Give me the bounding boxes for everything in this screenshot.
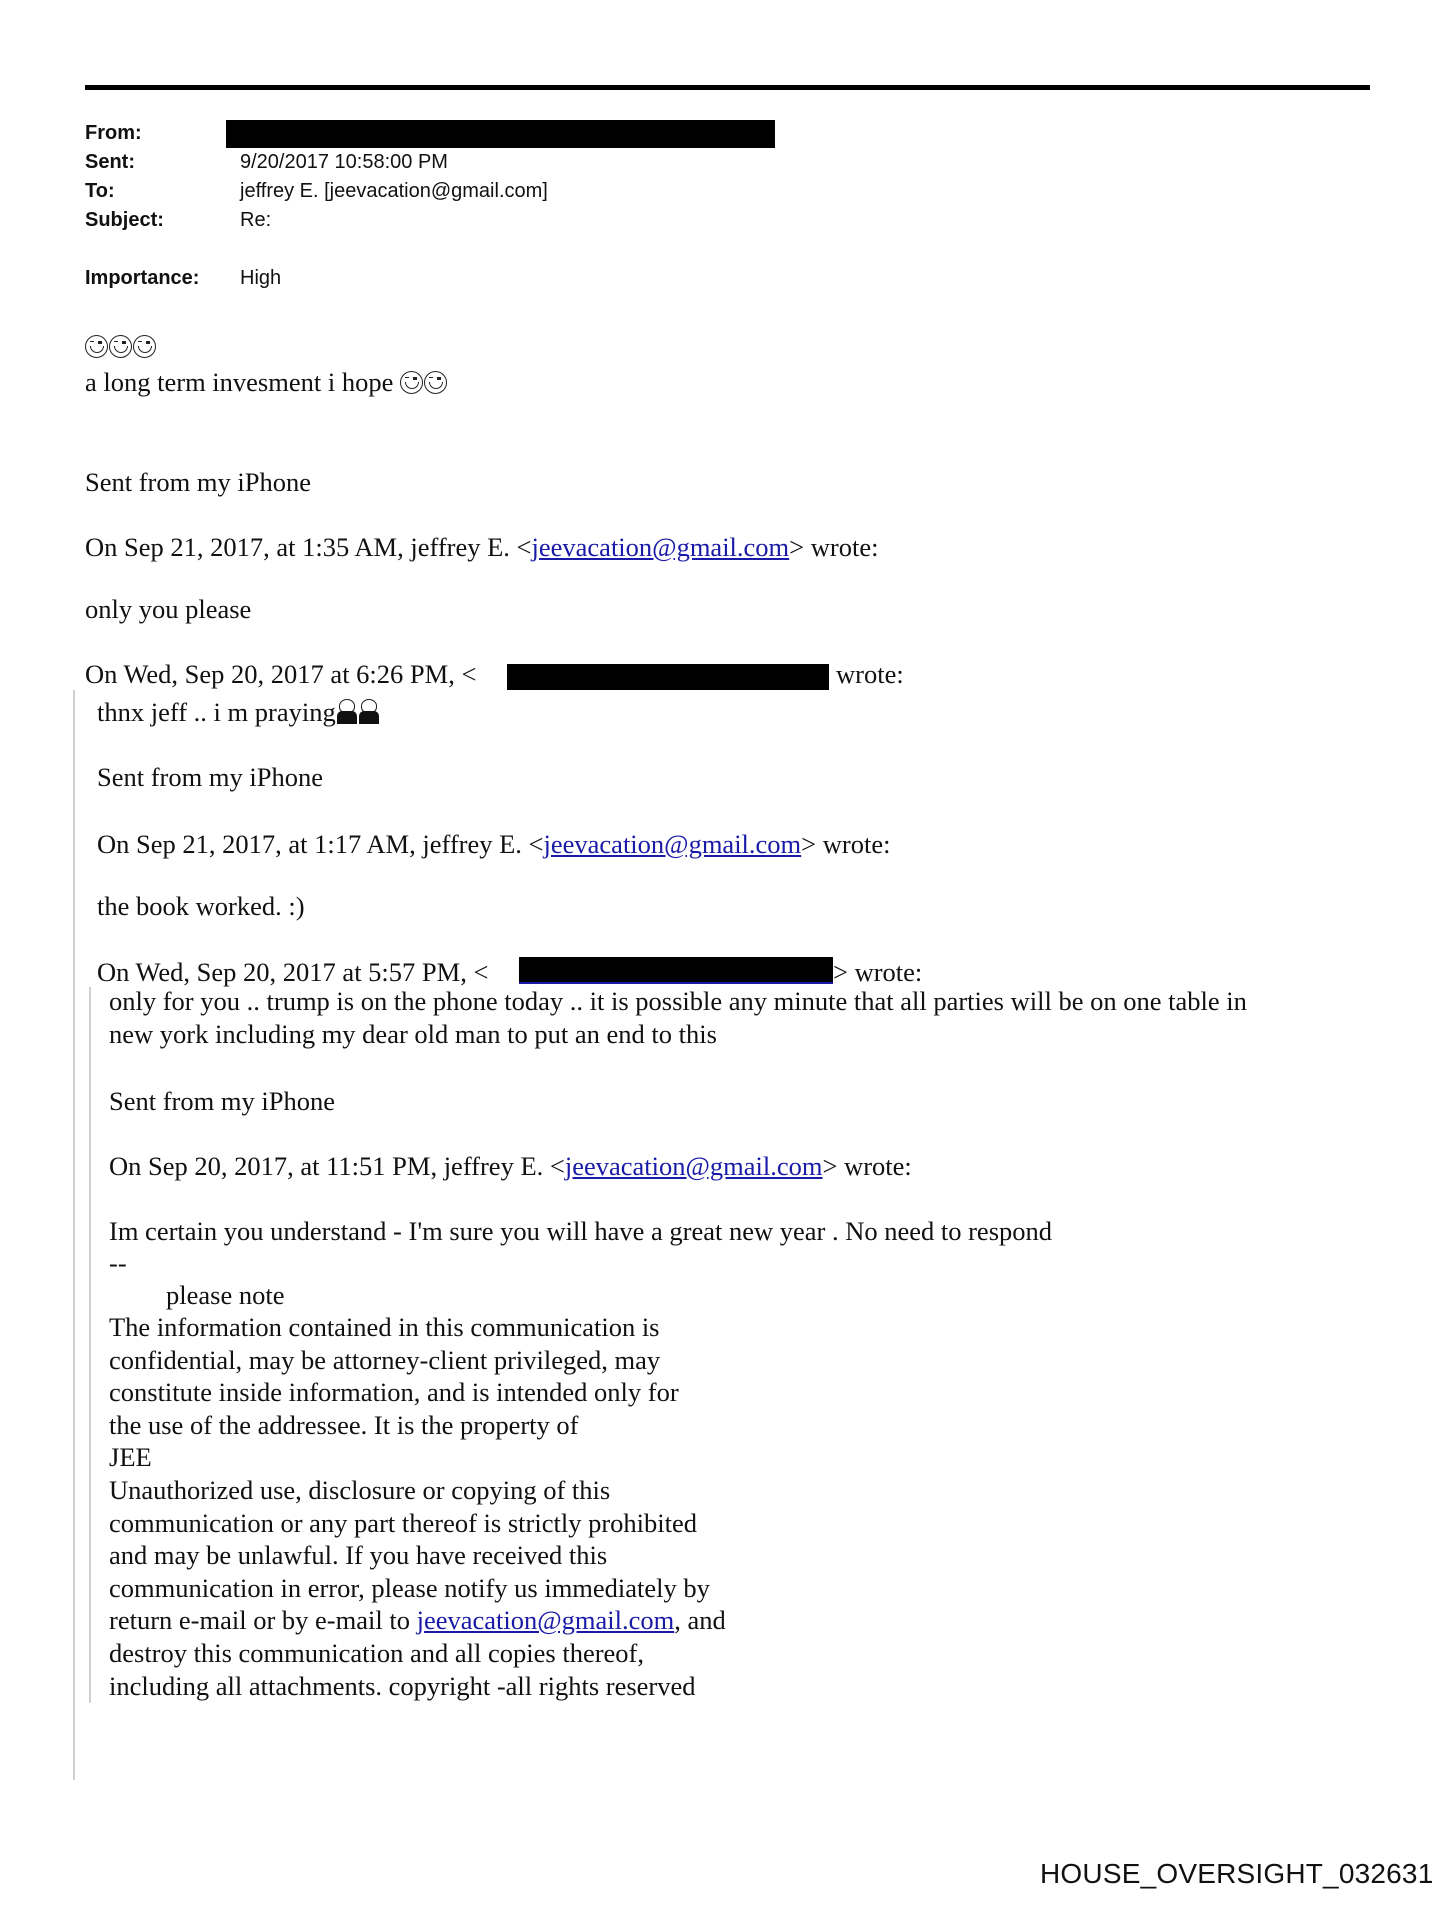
subject-value: Re:: [240, 208, 271, 232]
quote-header: On Sep 21, 2017, at 1:17 AM, jeffrey E. …: [97, 828, 890, 860]
sender-redaction: [519, 957, 833, 982]
tears-of-joy-icon: [400, 371, 423, 394]
from-redaction: [226, 120, 775, 148]
signature-note: please note: [166, 1279, 284, 1311]
disclaimer-line: confidential, may be attorney-client pri…: [109, 1344, 726, 1377]
from-label: From:: [85, 121, 142, 145]
redacted-link-underline: [519, 982, 833, 984]
disclaimer-line: Unauthorized use, disclosure or copying …: [109, 1474, 726, 1507]
quoted-message-line: new york including my dear old man to pu…: [109, 1018, 717, 1050]
to-label: To:: [85, 179, 115, 203]
quoted-message-line: only for you .. trump is on the phone to…: [109, 985, 1247, 1017]
disclaimer-line: communication or any part thereof is str…: [109, 1507, 726, 1540]
disclaimer-line: return e-mail or by e-mail to jeevacatio…: [109, 1604, 726, 1637]
signature-dash: --: [109, 1247, 127, 1279]
disclaimer: The information contained in this commun…: [109, 1311, 726, 1702]
disclaimer-line: the use of the addressee. It is the prop…: [109, 1409, 726, 1442]
quote-bar-inner: [89, 987, 91, 1703]
tears-of-joy-icon: [424, 371, 447, 394]
wrote-label: wrote:: [836, 658, 904, 690]
quote-header: On Wed, Sep 20, 2017 at 6:26 PM, <: [85, 658, 476, 690]
quote-header: On Wed, Sep 20, 2017 at 5:57 PM, <: [97, 956, 488, 988]
importance-label: Importance:: [85, 266, 199, 290]
quote-bar-outer: [73, 690, 75, 1780]
quoted-message: the book worked. :): [97, 890, 305, 922]
quoted-message: Im certain you understand - I'm sure you…: [109, 1215, 1052, 1247]
emoji-row: [85, 330, 157, 362]
sender-redaction: [507, 664, 829, 690]
sent-from-signature: Sent from my iPhone: [85, 466, 311, 498]
disclaimer-line: communication in error, please notify us…: [109, 1572, 726, 1605]
importance-value: High: [240, 266, 281, 290]
disclaimer-line: JEE: [109, 1441, 726, 1474]
to-value: jeffrey E. [jeevacation@gmail.com]: [240, 179, 548, 203]
see-no-evil-icon: [358, 699, 380, 725]
quoted-message: thnx jeff .. i m praying: [97, 696, 380, 728]
quoted-message: only you please: [85, 593, 251, 625]
sent-from-signature: Sent from my iPhone: [97, 761, 323, 793]
email-link[interactable]: jeevacation@gmail.com: [532, 532, 790, 562]
disclaimer-line: constitute inside information, and is in…: [109, 1376, 726, 1409]
sent-label: Sent:: [85, 150, 135, 174]
email-link[interactable]: jeevacation@gmail.com: [417, 1605, 675, 1635]
email-link[interactable]: jeevacation@gmail.com: [544, 829, 802, 859]
tears-of-joy-icon: [85, 335, 108, 358]
sent-from-signature: Sent from my iPhone: [109, 1085, 335, 1117]
tears-of-joy-icon: [133, 335, 156, 358]
disclaimer-line: including all attachments. copyright -al…: [109, 1670, 726, 1703]
sent-value: 9/20/2017 10:58:00 PM: [240, 150, 448, 174]
subject-label: Subject:: [85, 208, 164, 232]
disclaimer-line: The information contained in this commun…: [109, 1311, 726, 1344]
email-link[interactable]: jeevacation@gmail.com: [565, 1151, 823, 1181]
tears-of-joy-icon: [109, 335, 132, 358]
quote-header: On Sep 21, 2017, at 1:35 AM, jeffrey E. …: [85, 531, 878, 563]
wrote-label: > wrote:: [833, 956, 922, 988]
bates-number: HOUSE_OVERSIGHT_032631: [1040, 1858, 1433, 1890]
header-rule: [85, 85, 1370, 90]
see-no-evil-icon: [336, 699, 358, 725]
quote-header: On Sep 20, 2017, at 11:51 PM, jeffrey E.…: [109, 1150, 912, 1182]
disclaimer-line: and may be unlawful. If you have receive…: [109, 1539, 726, 1572]
message-line: a long term invesment i hope: [85, 366, 448, 398]
disclaimer-line: destroy this communication and all copie…: [109, 1637, 726, 1670]
